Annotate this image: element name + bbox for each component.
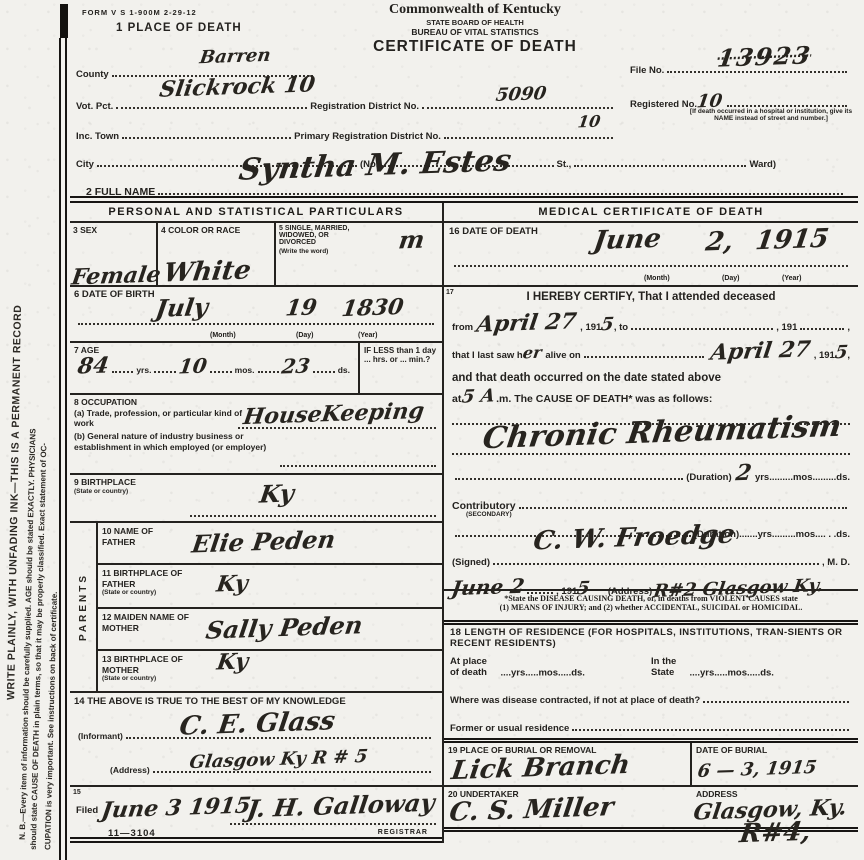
dod-day-value: 2, <box>704 227 736 258</box>
marital-label: 5 SINGLE, MARRIED, WIDOWED, OR DIVORCED <box>276 223 370 248</box>
marital-cell: 5 SINGLE, MARRIED, WIDOWED, OR DIVORCED … <box>276 223 442 285</box>
father-birthplace-label: 11 BIRTHPLACE OF FATHER <box>102 568 212 589</box>
from-label: from <box>452 322 473 333</box>
dotted-leader <box>230 823 436 825</box>
sex-race-marital-row: 3 SEX Female 4 COLOR OR RACE White 5 SIN… <box>70 223 442 287</box>
burial-date-label: DATE OF BURIAL <box>692 743 858 758</box>
year-label: (Year) <box>358 332 377 339</box>
cause-intro: .m. The CAUSE OF DEATH* was as follows: <box>496 393 712 406</box>
form-number: 11—3104 <box>108 828 156 839</box>
registration-district-label: Registration District No. <box>310 101 419 112</box>
informant-value: C. E. Glass <box>177 706 337 741</box>
dotted-leader <box>519 494 847 509</box>
dotted-leader <box>313 358 335 373</box>
informant-address-label: (Address) <box>110 765 150 776</box>
father-birthplace-labels: 11 BIRTHPLACE OF FATHER (State or countr… <box>98 565 216 607</box>
mother-name-label: 12 MAIDEN NAME OF MOTHER <box>98 609 206 649</box>
burial-place-cell: 19 PLACE OF BURIAL OR REMOVAL Lick Branc… <box>444 743 692 785</box>
inc-town-row: Inc. Town Primary Registration District … <box>76 124 616 142</box>
burial-place-value: Lick Branch <box>449 750 631 786</box>
last-alive-value: April 27 <box>709 337 812 366</box>
mother-birthplace-value: Ky <box>213 648 250 691</box>
father-birthplace-sub: (State or country) <box>102 589 212 596</box>
in-state-units: ....yrs.....mos.....ds. <box>689 667 773 678</box>
yrs-label: yrs. <box>136 365 151 376</box>
precinct-value: Slickrock 10 <box>158 71 317 102</box>
sex-value: Female <box>70 261 162 290</box>
in-state-group: In the State ....yrs.....mos.....ds. <box>651 656 852 680</box>
age-years-value: 84 <box>76 352 110 379</box>
secondary-label: (SECONDARY) <box>466 511 850 518</box>
dotted-leader <box>210 358 232 373</box>
dotted-leader <box>190 515 436 517</box>
occupation-b-label: (b) General nature of industry business … <box>70 429 278 454</box>
duration-label: (Duration) <box>686 472 731 483</box>
race-cell: 4 COLOR OR RACE White <box>158 223 276 285</box>
to-label: , to <box>614 322 628 333</box>
age-row: 7 AGE 84 yrs. 10 mos. 23 ds. <box>70 343 442 395</box>
parents-label: PARENTS <box>78 573 89 641</box>
registration-district-value: 5090 <box>494 83 547 106</box>
ward-label: Ward) <box>749 159 776 170</box>
race-label: 4 COLOR OR RACE <box>158 223 274 238</box>
contributory-line: Contributory <box>452 494 850 512</box>
sex-label: 3 SEX <box>70 223 156 238</box>
undertaker-value: C. S. Miller <box>447 792 615 828</box>
former-residence-label: Former or usual residence <box>450 723 569 734</box>
last-saw-prefix: that I last saw h <box>452 350 523 361</box>
certificate-title: CERTIFICATE OF DEATH <box>310 38 640 56</box>
place-of-death-label: 1 PLACE OF DEATH <box>116 22 242 36</box>
birthplace-label: 9 BIRTHPLACE <box>70 475 442 488</box>
race-value: White <box>162 255 253 288</box>
father-name-row: 10 NAME OF FATHER Elie Peden <box>98 523 442 565</box>
street-label: St., <box>557 159 572 170</box>
day-label: (Day) <box>722 275 740 282</box>
dotted-leader <box>727 92 847 107</box>
father-birthplace-row: 11 BIRTHPLACE OF FATHER (State or countr… <box>98 565 442 609</box>
md-label: , M. D. <box>822 557 850 568</box>
dob-month-value: July <box>154 292 210 323</box>
dotted-leader <box>258 358 280 373</box>
informant-block: 14 THE ABOVE IS TRUE TO THE BEST OF MY K… <box>70 693 442 787</box>
dotted-leader <box>280 465 436 467</box>
at-place-units: ....yrs.....mos.....ds. <box>500 667 584 678</box>
occupation-a-value: HouseKeeping <box>242 398 426 430</box>
filed-label: Filed <box>76 805 98 816</box>
undertaker-address-value2: R#4, <box>738 817 813 849</box>
former-residence-line: Former or usual residence <box>450 716 852 734</box>
contracted-label: Where was disease contracted, if not at … <box>450 695 700 706</box>
residence-duration-line: At place of death ....yrs.....mos.....ds… <box>450 656 852 680</box>
medical-certificate-column: MEDICAL CERTIFICATE OF DEATH 16 DATE OF … <box>444 203 858 843</box>
burial-row: 19 PLACE OF BURIAL OR REMOVAL Lick Branc… <box>444 743 858 787</box>
mother-birthplace-label: 13 BIRTHPLACE OF MOTHER <box>102 654 212 675</box>
bureau-line: BUREAU OF VITAL STATISTICS <box>310 27 640 38</box>
if-less-note: IF LESS than 1 day ... hrs. or ... min.? <box>358 343 442 393</box>
registrar-label: REGISTRAR <box>378 829 428 836</box>
parents-tab: PARENTS <box>70 523 98 691</box>
day-label: (Day) <box>296 332 314 339</box>
informant-label: (Informant) <box>78 731 123 742</box>
item15-label: 15 <box>73 789 81 796</box>
dotted-leader <box>78 323 434 325</box>
signed-line: (Signed) , M. D. <box>452 551 850 569</box>
dotted-leader <box>572 716 849 731</box>
registered-no-value: 10 <box>695 90 723 112</box>
hour-cause-line: at 5 A .m. The CAUSE OF DEATH* was as fo… <box>452 390 850 407</box>
date-of-birth-row: 6 DATE OF BIRTH July 19 1830 (Month) (Da… <box>70 287 442 343</box>
inc-town-label: Inc. Town <box>76 131 119 142</box>
age-months-value: 10 <box>177 353 208 378</box>
parents-block: PARENTS 10 NAME OF FATHER Elie Peden 11 … <box>70 523 442 693</box>
marital-value: m <box>396 225 426 255</box>
cause-of-death-value: Chronic Rheumatism <box>481 409 844 456</box>
dotted-leader <box>800 315 844 330</box>
personal-particulars-column: PERSONAL AND STATISTICAL PARTICULARS 3 S… <box>70 203 444 843</box>
scan-artifact <box>60 4 68 38</box>
item17-label: 17 <box>446 289 454 296</box>
alive-on-label: alive on <box>545 350 580 361</box>
signed-label: (Signed) <box>452 557 490 568</box>
masthead: Commonwealth of Kentucky STATE BOARD OF … <box>310 2 640 56</box>
duration-line: (Duration) 2 yrs.........mos.........ds. <box>452 465 850 486</box>
birthplace-row: 9 BIRTHPLACE (State or country) Ky <box>70 475 442 523</box>
death-certificate-scan: WRITE PLAINLY, WITH UNFADING INK—THIS IS… <box>0 0 864 860</box>
county-label: County <box>76 69 109 80</box>
parents-rows: 10 NAME OF FATHER Elie Peden 11 BIRTHPLA… <box>98 523 442 691</box>
certification-block: 17 I HEREBY CERTIFY, That I attended dec… <box>444 287 858 591</box>
sign-date-value: June 2 <box>450 573 526 600</box>
dotted-leader <box>122 124 291 139</box>
sex-cell: 3 SEX Female <box>70 223 158 285</box>
margin-notes: WRITE PLAINLY, WITH UNFADING INK—THIS IS… <box>0 0 60 860</box>
age-days-value: 23 <box>280 353 311 378</box>
attended-from-value: April 27 <box>475 308 578 337</box>
occupation-row: 8 OCCUPATION (a) Trade, profession, or p… <box>70 395 442 475</box>
occupation-a-label: (a) Trade, profession, or particular kin… <box>70 408 258 429</box>
dotted-leader <box>703 688 849 703</box>
in-state-label: In the State <box>651 656 685 679</box>
death-hour-value: 5 A <box>461 386 497 408</box>
comma: , <box>847 322 850 333</box>
registrar-signature: J. H. Galloway <box>245 788 436 823</box>
death-occurred-text: and that death occurred on the date stat… <box>452 372 850 386</box>
comma2: , <box>847 350 850 361</box>
personal-section-title: PERSONAL AND STATISTICAL PARTICULARS <box>70 203 442 223</box>
mos-label: mos. <box>235 365 255 376</box>
age-cell: 7 AGE 84 yrs. 10 mos. 23 ds. <box>70 343 358 393</box>
file-no-value: 13923 <box>716 40 814 72</box>
mother-birthplace-labels: 13 BIRTHPLACE OF MOTHER (State or countr… <box>98 651 216 691</box>
month-label: (Month) <box>644 275 670 282</box>
father-birthplace-value: Ky <box>213 570 249 607</box>
primary-district-label: Primary Registration District No. <box>294 131 441 142</box>
dob-year-value: 1830 <box>340 294 405 322</box>
dotted-leader <box>574 152 746 167</box>
burial-date-value: 6 — 3, 1915 <box>696 757 818 782</box>
mother-birthplace-sub: (State or country) <box>102 675 212 682</box>
medical-section-title: MEDICAL CERTIFICATE OF DEATH <box>444 203 858 223</box>
year-prefix2: , 191 <box>814 350 835 361</box>
to-year-prefix: , 191 <box>776 322 797 333</box>
age-label: 7 AGE <box>70 343 358 358</box>
form-code: FORM V S 1-900M 2-29-12 <box>82 8 197 17</box>
year-label: (Year) <box>782 275 801 282</box>
dotted-leader <box>584 344 704 359</box>
filed-date-value: June 3 1915 <box>100 792 253 823</box>
duration2-units: .......yrs.........mos.... . .ds. <box>739 529 850 540</box>
undertaker-cell: 20 UNDERTAKER C. S. Miller <box>444 787 692 827</box>
at-place-label: At place of death <box>450 656 496 679</box>
father-name-label: 10 NAME OF FATHER <box>98 523 192 563</box>
year-prefix: , 191 <box>580 322 601 333</box>
dotted-leader <box>455 465 683 480</box>
dod-month-value: June <box>592 224 663 256</box>
mother-name-value: Sally Peden <box>203 610 365 651</box>
city-label: City <box>76 159 94 170</box>
precinct-label: Vot. Pct. <box>76 101 113 112</box>
county-value: Barren <box>198 45 272 68</box>
informant-header: 14 THE ABOVE IS TRUE TO THE BEST OF MY K… <box>70 693 442 710</box>
duration-years-value: 2 <box>734 460 753 487</box>
residence-header: 18 LENGTH OF RESIDENCE (FOR HOSPITALS, I… <box>450 627 852 650</box>
header: FORM V S 1-900M 2-29-12 1 PLACE OF DEATH… <box>70 0 860 196</box>
burial-date-cell: DATE OF BURIAL 6 — 3, 1915 <box>692 743 858 785</box>
dob-day-value: 19 <box>284 294 318 321</box>
file-no-label: File No. <box>630 65 664 76</box>
birthplace-value: Ky <box>258 478 296 508</box>
duration-units: yrs.........mos.........ds. <box>755 472 850 483</box>
attended-from-line: from April 27 , 191 5 , to , 191 , <box>452 315 850 336</box>
residence-block: 18 LENGTH OF RESIDENCE (FOR HOSPITALS, I… <box>444 625 858 743</box>
commonwealth-line: Commonwealth of Kentucky <box>310 2 640 18</box>
dotted-leader <box>454 265 848 267</box>
mother-birthplace-row: 13 BIRTHPLACE OF MOTHER (State or countr… <box>98 651 442 691</box>
margin-double-rule <box>59 38 67 860</box>
footnote-line2: (1) MEANS OF INJURY; and (2) whether ACC… <box>444 603 858 612</box>
father-name-value: Elie Peden <box>189 525 337 566</box>
date-of-death-row: 16 DATE OF DEATH June 2, 1915 (Month) (D… <box>444 223 858 287</box>
at-place-group: At place of death ....yrs.....mos.....ds… <box>450 656 651 680</box>
state-board-line: STATE BOARD OF HEALTH <box>310 18 640 27</box>
last-saw-line: that I last saw h er alive on April 27 ,… <box>452 344 850 365</box>
month-label: (Month) <box>210 332 236 339</box>
primary-district-value: 10 <box>577 112 602 132</box>
dotted-leader <box>631 315 773 330</box>
certify-text: I HEREBY CERTIFY, That I attended deceas… <box>452 289 850 305</box>
dotted-leader <box>112 358 134 373</box>
certificate-body: PERSONAL AND STATISTICAL PARTICULARS 3 S… <box>70 196 858 843</box>
mother-name-row: 12 MAIDEN NAME OF MOTHER Sally Peden <box>98 609 442 651</box>
ds-label: ds. <box>338 365 350 376</box>
age-values-line: 84 yrs. 10 mos. 23 ds. <box>70 358 358 379</box>
birthplace-sub-label: (State or country) <box>70 488 442 495</box>
dotted-leader <box>154 358 176 373</box>
last-saw-pronoun: er <box>521 343 542 363</box>
dod-year-value: 1915 <box>754 224 831 257</box>
contracted-line: Where was disease contracted, if not at … <box>450 688 852 706</box>
